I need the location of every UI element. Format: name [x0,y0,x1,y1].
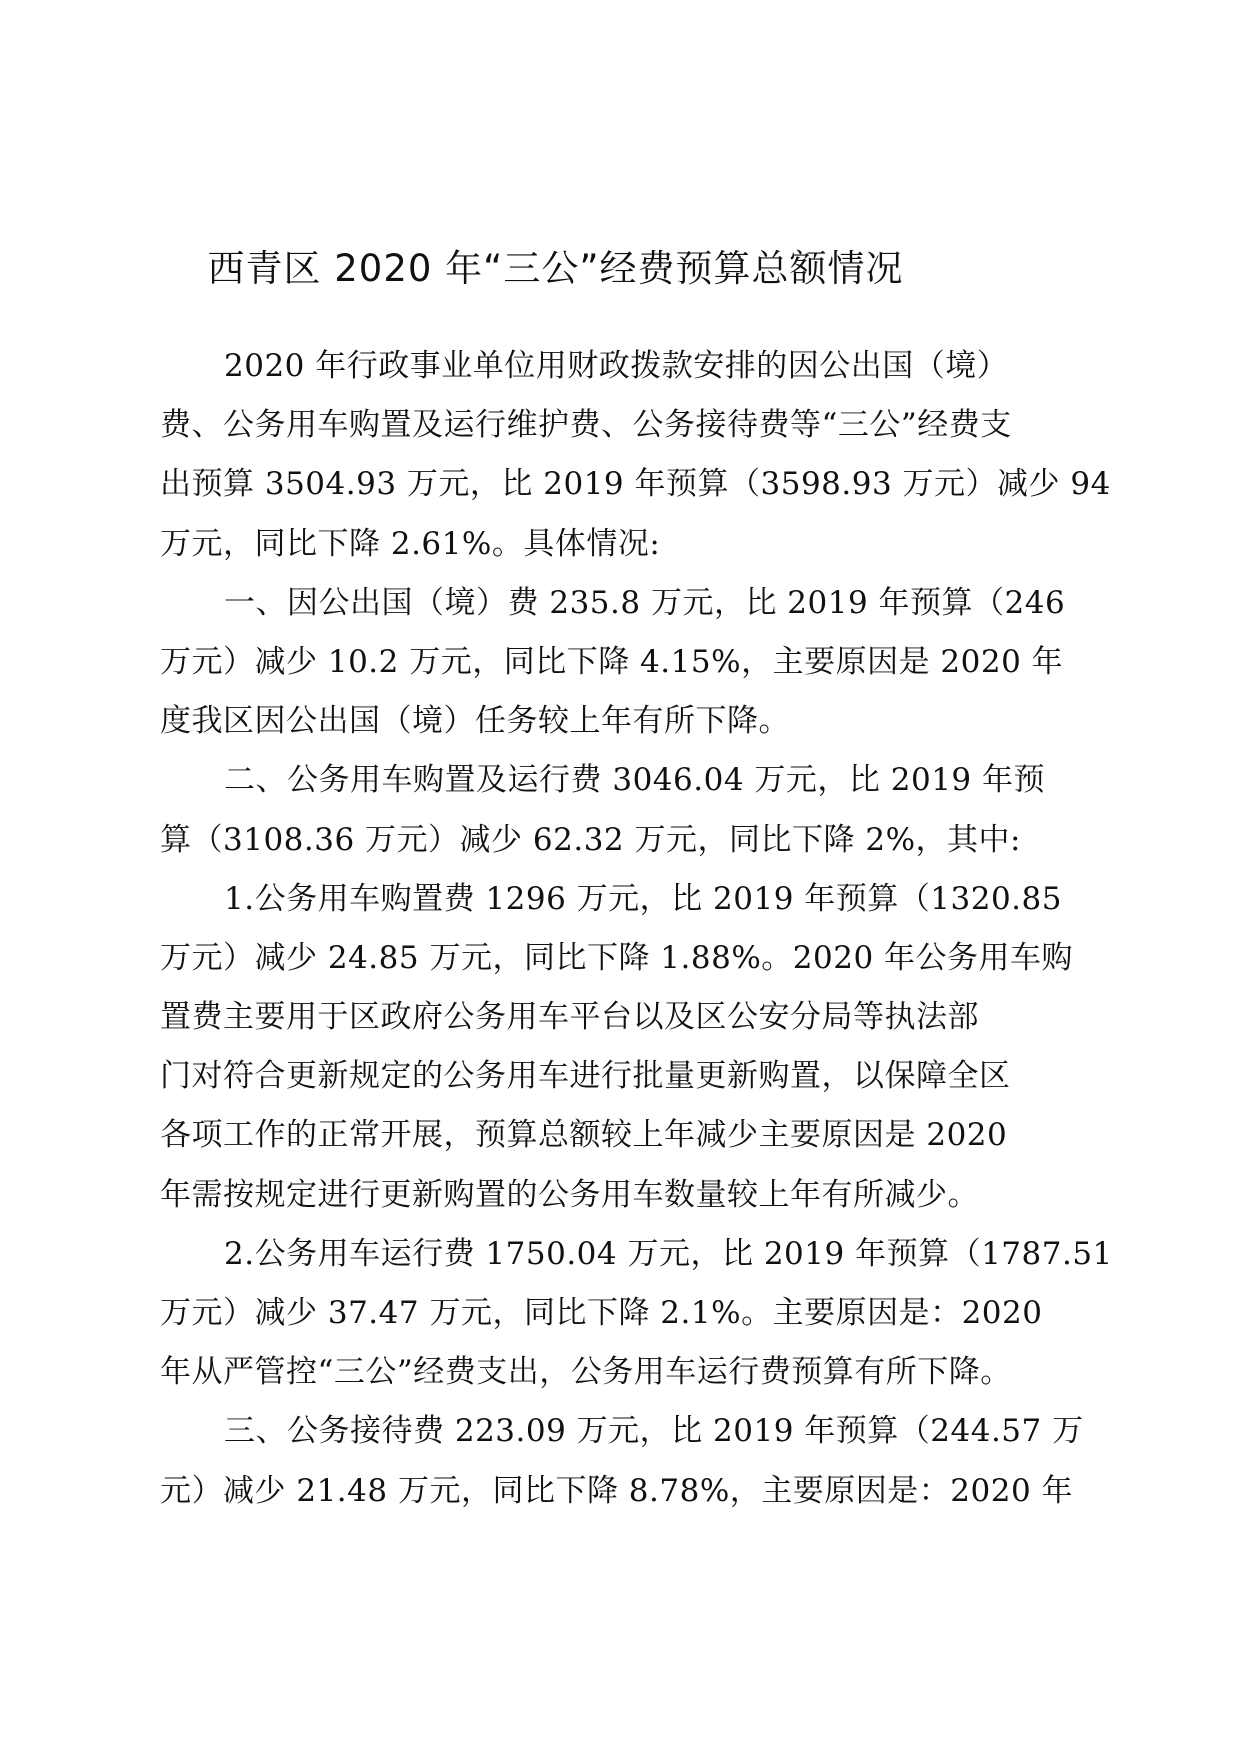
paragraph-vehicle-expenses: 二、公务用车购置及运行费 3046.04 万元，比 2019 年预 算（3108… [160,751,955,869]
text-line: 各项工作的正常开展，预算总额较上年减少主要原因是 2020 [160,1106,955,1165]
text-line: 费、公务用车购置及运行维护费、公务接待费等“三公”经费支 [160,396,955,455]
text-line: 门对符合更新规定的公务用车进行批量更新购置，以保障全区 [160,1047,955,1106]
text-line: 万元）减少 10.2 万元，同比下降 4.15%，主要原因是 2020 年 [160,633,955,692]
text-line: 万元）减少 24.85 万元，同比下降 1.88%。2020 年公务用车购 [160,929,955,988]
text-line: 万元）减少 37.47 万元，同比下降 2.1%。主要原因是：2020 [160,1284,955,1343]
text-line: 年需按规定进行更新购置的公务用车数量较上年有所减少。 [160,1166,955,1225]
paragraph-reception-expenses: 三、公务接待费 223.09 万元，比 2019 年预算（244.57 万 元）… [160,1402,955,1520]
paragraph-overseas-expenses: 一、因公出国（境）费 235.8 万元，比 2019 年预算（246 万元）减少… [160,574,955,752]
text-line: 一、因公出国（境）费 235.8 万元，比 2019 年预算（246 [160,574,955,633]
text-line: 算（3108.36 万元）减少 62.32 万元，同比下降 2%，其中: [160,811,955,870]
text-line: 度我区因公出国（境）任务较上年有所下降。 [160,692,955,751]
text-line: 2020 年行政事业单位用财政拨款安排的因公出国（境） [160,337,955,396]
text-line: 元）减少 21.48 万元，同比下降 8.78%，主要原因是：2020 年 [160,1462,955,1521]
document-title: 西青区 2020 年“三公”经费预算总额情况 [0,244,1176,294]
paragraph-intro: 2020 年行政事业单位用财政拨款安排的因公出国（境） 费、公务用车购置及运行维… [160,337,955,574]
paragraph-vehicle-purchase: 1.公务用车购置费 1296 万元，比 2019 年预算（1320.85 万元）… [160,870,955,1225]
paragraph-vehicle-operation: 2.公务用车运行费 1750.04 万元，比 2019 年预算（1787.51 … [160,1225,955,1403]
text-line: 置费主要用于区政府公务用车平台以及区公安分局等执法部 [160,988,955,1047]
text-line: 1.公务用车购置费 1296 万元，比 2019 年预算（1320.85 [160,870,955,929]
document-body: 2020 年行政事业单位用财政拨款安排的因公出国（境） 费、公务用车购置及运行维… [160,337,955,1521]
document-page: 西青区 2020 年“三公”经费预算总额情况 2020 年行政事业单位用财政拨款… [0,0,1241,1754]
text-line: 二、公务用车购置及运行费 3046.04 万元，比 2019 年预 [160,751,955,810]
text-line: 2.公务用车运行费 1750.04 万元，比 2019 年预算（1787.51 [160,1225,955,1284]
text-line: 万元，同比下降 2.61%。具体情况: [160,515,955,574]
text-line: 出预算 3504.93 万元，比 2019 年预算（3598.93 万元）减少 … [160,455,955,514]
text-line: 年从严管控“三公”经费支出，公务用车运行费预算有所下降。 [160,1343,955,1402]
text-line: 三、公务接待费 223.09 万元，比 2019 年预算（244.57 万 [160,1402,955,1461]
